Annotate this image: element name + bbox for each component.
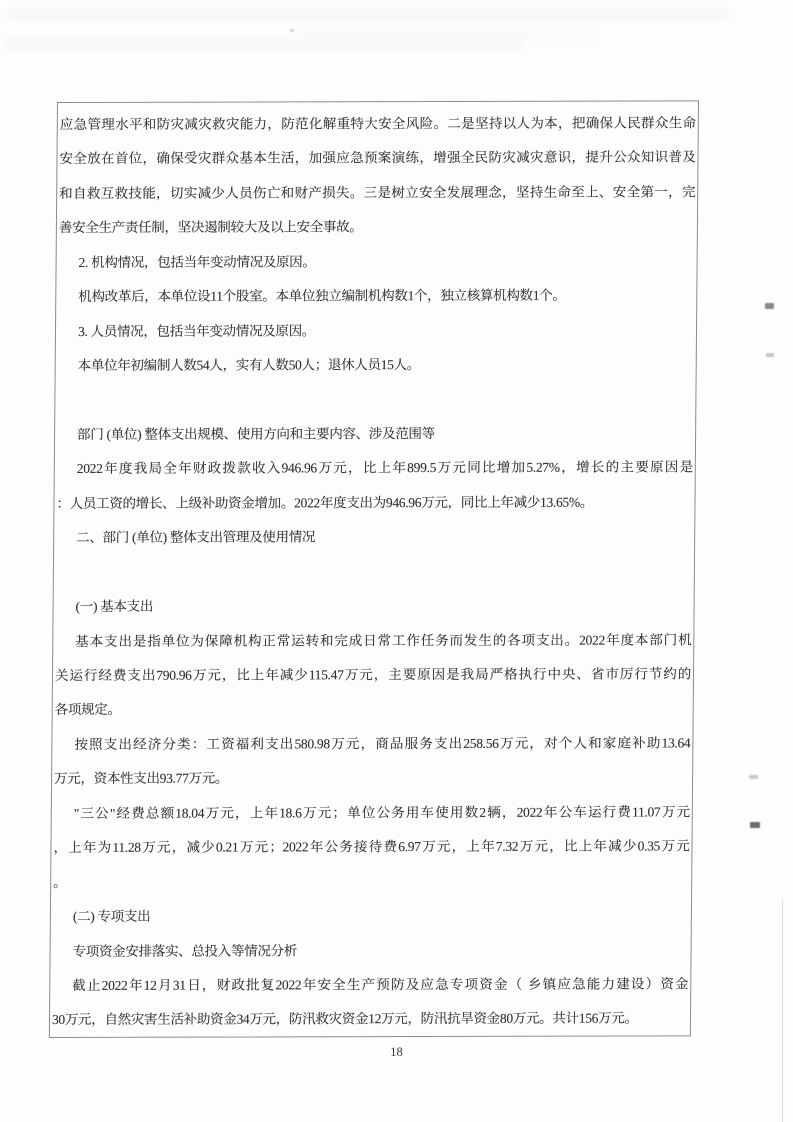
body-text-line: 专项资金安排落实、总投入等情况分析 xyxy=(52,933,688,969)
body-text-line-blank xyxy=(56,554,692,590)
scanned-document-page: 应急管理水平和防灾减灾救灾能力，防范化解重特大安全风险。二是坚持以人为本，把确保… xyxy=(0,0,793,1122)
bordered-text-cell: 应急管理水平和防灾减灾救灾能力，防范化解重特大安全风险。二是坚持以人为本，把确保… xyxy=(49,100,699,1038)
scan-speck-artifact xyxy=(290,29,294,32)
scan-ghosting-artifact xyxy=(8,8,728,22)
body-text-line: "三公"经费总额18.04万元，上年18.6万元；单位公务用车使用数2辆，202… xyxy=(54,795,690,831)
scan-speck-artifact xyxy=(749,775,758,779)
body-text-line: 和自救互救技能，切实减少人员伤亡和财产损失。三是树立安全发展理念，坚持生命至上、… xyxy=(59,175,695,211)
body-text-line: 万元，资本性支出93.77万元。 xyxy=(54,761,690,797)
body-text-line: 各项规定。 xyxy=(55,692,691,728)
body-text-line: (二) 专项支出 xyxy=(53,898,689,934)
page-number: 18 xyxy=(0,1045,793,1060)
body-text-line: 安全放在首位，确保受灾群众基本生活，加强应急预案演练，增强全民防灾减灾意识，提升… xyxy=(59,141,695,177)
body-text-line: 善安全生产责任制，坚决遏制较大及以上安全事故。 xyxy=(59,210,695,246)
scan-ghosting-artifact xyxy=(300,30,600,40)
body-text-line: 2022年度我局全年财政拨款收入946.96万元，比上年899.5万元同比增加5… xyxy=(57,451,693,487)
scan-page-edge-line xyxy=(782,900,783,1122)
body-text-line: 基本支出是指单位为保障机构正常运转和完成日常工作任务而发生的各项支出。2022年… xyxy=(55,623,691,659)
body-text-line: 。 xyxy=(53,864,689,900)
body-text-line: 部门 (单位) 整体支出规模、使用方向和主要内容、涉及范围等 xyxy=(57,416,693,452)
scan-speck-artifact xyxy=(765,303,774,309)
body-text-line: 关运行经费支出790.96万元，比上年减少115.47万元，主要原因是我局严格执… xyxy=(55,657,691,693)
body-text-line: ，上年为11.28万元，减少0.21万元；2022年公务接待费6.97万元，上年… xyxy=(53,830,689,866)
body-text-line-blank xyxy=(57,382,693,418)
body-text-line: 2. 机构情况，包括当年变动情况及原因。 xyxy=(58,244,694,280)
scan-speck-artifact xyxy=(750,822,760,828)
body-text-line: 3. 人员情况，包括当年变动情况及原因。 xyxy=(58,313,694,349)
scan-speck-artifact xyxy=(766,353,774,357)
body-text-line: 按照支出经济分类：工资福利支出580.98万元，商品服务支出258.56万元，对… xyxy=(54,726,690,762)
body-text-line: (一) 基本支出 xyxy=(55,588,691,624)
body-text-line: 机构改革后，本单位设11个股室。本单位独立编制机构数1个，独立核算机构数1个。 xyxy=(58,279,694,315)
body-text-line: 截止2022年12月31日，财政批复2022年安全生产预防及应急专项资金（ 乡镇… xyxy=(52,967,688,1003)
body-text-line: 二、部门 (单位) 整体支出管理及使用情况 xyxy=(56,520,692,556)
body-text-line: 本单位年初编制人数54人，实有人数50人；退休人员15人。 xyxy=(58,347,694,383)
body-text-line: 应急管理水平和防灾减灾救灾能力，防范化解重特大安全风险。二是坚持以人为本，把确保… xyxy=(60,106,696,142)
body-text-line: 30万元，自然灾害生活补助资金34万元，防汛救灾资金12万元，防汛抗旱资金80万… xyxy=(52,1002,688,1038)
body-text-line: ：人员工资的增长、上级补助资金增加。2022年度支出为946.96万元，同比上年… xyxy=(56,485,692,521)
